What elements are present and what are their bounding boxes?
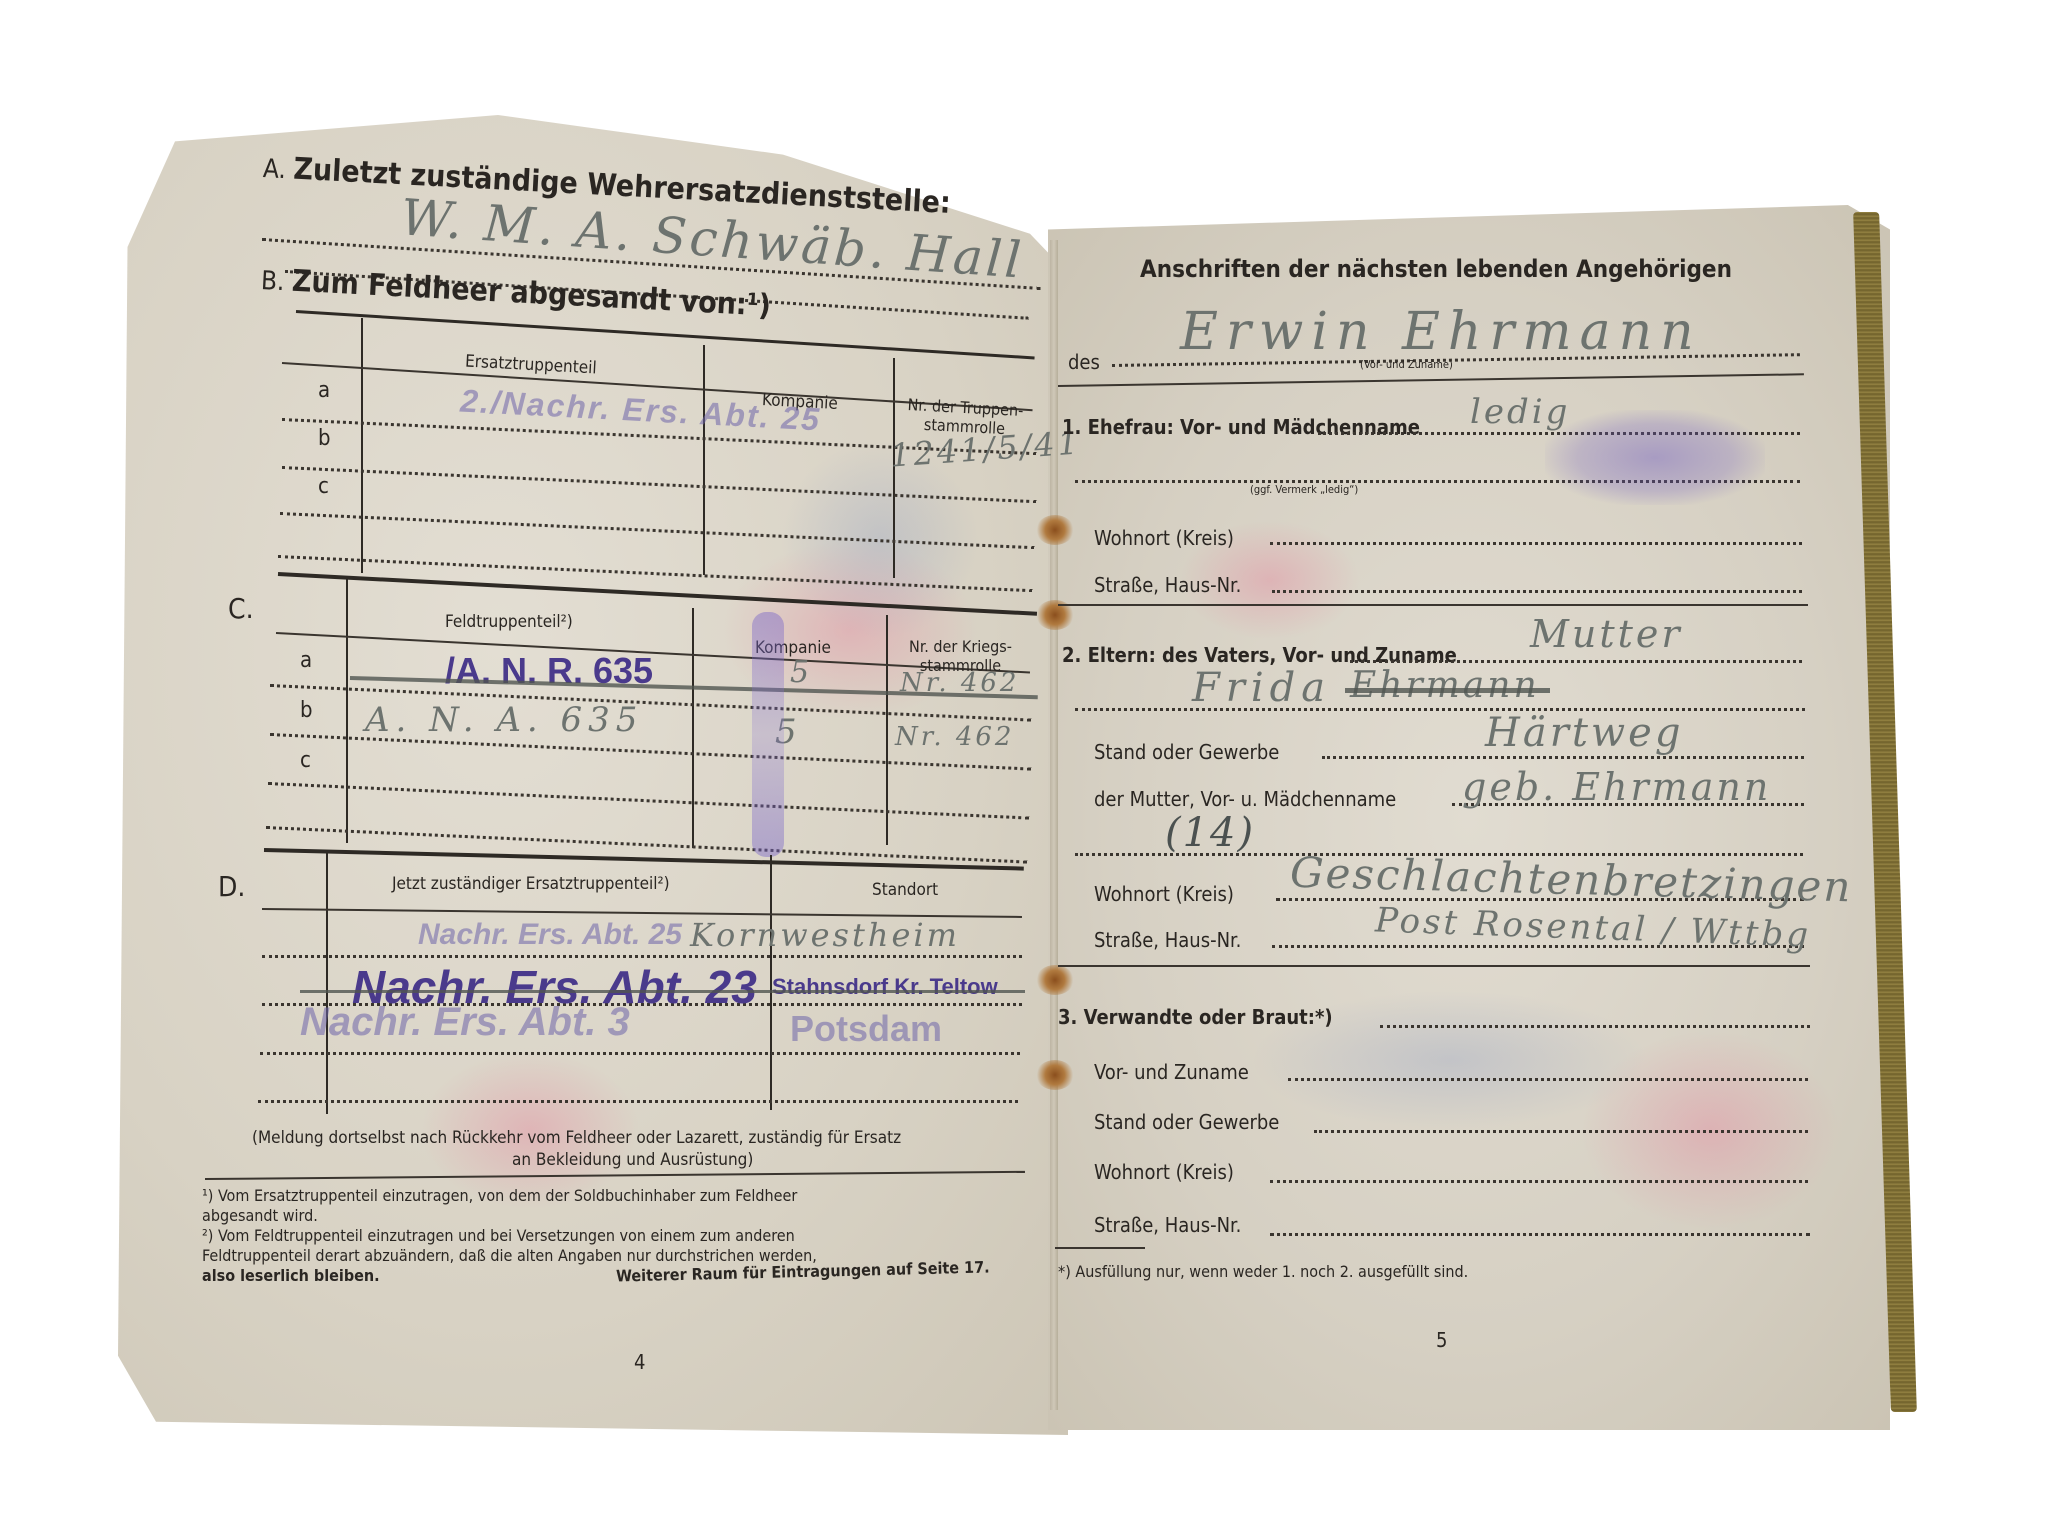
- section-rule: [1058, 965, 1810, 967]
- table-border: [326, 852, 328, 1114]
- parents-residence-label: Wohnort (Kreis): [1094, 882, 1234, 906]
- handwritten-father-value: Mutter: [1530, 612, 1683, 656]
- stamp-standort-potsdam: Potsdam: [790, 1008, 942, 1050]
- smudged-stamp: [1545, 410, 1765, 505]
- staple-rust-mark: [1036, 1060, 1074, 1090]
- holder-hint: (Vor- und Zuname): [1360, 358, 1453, 371]
- row-key-b: b: [318, 426, 331, 451]
- table-border: [361, 318, 363, 573]
- section-d-letter: D.: [218, 870, 245, 903]
- occupation-label: Stand oder Gewerbe: [1094, 740, 1279, 764]
- staple-rust-mark: [1036, 965, 1074, 995]
- stamp-ersatz-25: Nachr. Ers. Abt. 25: [418, 918, 682, 952]
- page-number-left: 4: [634, 1350, 645, 1374]
- stamp-ersatz-3: Nachr. Ers. Abt. 3: [300, 1000, 630, 1045]
- col-standort: Standort: [872, 880, 938, 900]
- table-border: [703, 345, 705, 575]
- footnote-line: ¹) Vom Ersatztruppenteil einzutragen, vo…: [202, 1186, 817, 1206]
- holder-label: des: [1068, 350, 1100, 374]
- footnote-rule: [1055, 1247, 1145, 1249]
- col-jetzt-zustaendig: Jetzt zuständiger Ersatztruppenteil²): [392, 874, 670, 894]
- footnote-line: ²) Vom Feldtruppenteil einzutragen und b…: [202, 1226, 817, 1246]
- dotted-line: [1314, 1130, 1808, 1133]
- staple-rust-mark: [1036, 515, 1074, 545]
- table-border: [346, 578, 348, 843]
- dotted-line: [1350, 660, 1802, 663]
- dotted-line: [1270, 1180, 1808, 1183]
- dotted-line: [1270, 542, 1802, 545]
- strikethrough-line: [300, 990, 1025, 993]
- col-feldtruppenteil: Feldtruppenteil²): [445, 612, 573, 632]
- dotted-line: [1380, 1025, 1810, 1028]
- handwritten-holder-name: Erwin Ehrmann: [1180, 302, 1702, 362]
- section-rule: [1058, 604, 1808, 606]
- wife-residence-label: Wohnort (Kreis): [1094, 526, 1234, 550]
- handwritten-occupation: Härtweg: [1485, 710, 1683, 756]
- handwritten-mother-firstname: Frida: [1192, 665, 1331, 711]
- row-key-a: a: [300, 648, 312, 673]
- parents-father-label: 2. Eltern: des Vaters, Vor- und Zuname: [1062, 643, 1457, 667]
- relatives-label: 3. Verwandte oder Braut:*): [1058, 1005, 1333, 1029]
- row-key-c: c: [318, 474, 329, 499]
- handwritten-kriegsstammrolle-b: Nr. 462: [895, 722, 1014, 752]
- relatives-occupation-label: Stand oder Gewerbe: [1094, 1110, 1279, 1134]
- book-spine: [1050, 240, 1058, 1410]
- row-key-b: b: [300, 698, 313, 723]
- dotted-line: [1270, 1233, 1810, 1236]
- handwritten-kompanie-a: 5: [790, 655, 812, 690]
- wife-label: 1. Ehefrau: Vor- und Mädchenname: [1062, 415, 1420, 439]
- handwritten-kriegsstammrolle-a: Nr. 462: [900, 668, 1019, 698]
- section-d-note-line1: (Meldung dortselbst nach Rückkehr vom Fe…: [252, 1128, 901, 1148]
- table-border: [692, 608, 694, 848]
- dotted-line: [1272, 590, 1802, 593]
- dotted-line: [1075, 708, 1805, 711]
- row-key-a: a: [318, 378, 330, 403]
- section-a-letter: A.: [262, 154, 287, 185]
- dotted-line: [260, 1052, 1020, 1055]
- section-c-letter: C.: [228, 592, 254, 625]
- relatives-name-label: Vor- und Zuname: [1094, 1060, 1249, 1084]
- relatives-footnote: *) Ausfüllung nur, wenn weder 1. noch 2.…: [1058, 1262, 1468, 1281]
- handwritten-struck-surname: Ehrmann: [1350, 665, 1540, 706]
- row-key-c: c: [300, 748, 311, 773]
- dotted-line: [262, 955, 1022, 958]
- handwritten-mother-maiden: geb. Ehrmann: [1462, 765, 1771, 809]
- dotted-line: [1288, 1078, 1808, 1081]
- relatives-street-label: Straße, Haus-Nr.: [1094, 1213, 1241, 1237]
- parents-street-label: Straße, Haus-Nr.: [1094, 928, 1241, 952]
- handwritten-feldtruppenteil-b: A. N. A. 635: [365, 700, 643, 740]
- right-page-title: Anschriften der nächsten lebenden Angehö…: [1140, 255, 1732, 283]
- strikethrough-line: [1345, 688, 1550, 693]
- vertical-stamp: [752, 612, 784, 857]
- mother-label: der Mutter, Vor- u. Mädchenname: [1094, 787, 1396, 811]
- section-b-letter: B.: [260, 266, 285, 297]
- handwritten-mother-note: (14): [1165, 810, 1255, 856]
- page-number-right: 5: [1436, 1328, 1447, 1352]
- stamp-standort-stahnsdorf: Stahnsdorf Kr. Teltow: [772, 974, 998, 1000]
- relatives-residence-label: Wohnort (Kreis): [1094, 1160, 1234, 1184]
- handwritten-standort-kornwestheim: Kornwestheim: [690, 916, 960, 954]
- wife-hint: (ggf. Vermerk „ledig“): [1250, 483, 1358, 496]
- dotted-line: [258, 1100, 1018, 1103]
- wife-street-label: Straße, Haus-Nr.: [1094, 573, 1241, 597]
- section-d-note-line2: an Bekleidung und Ausrüstung): [512, 1150, 753, 1170]
- footnote-line: abgesandt wird.: [202, 1206, 817, 1226]
- dotted-line: [1322, 756, 1804, 759]
